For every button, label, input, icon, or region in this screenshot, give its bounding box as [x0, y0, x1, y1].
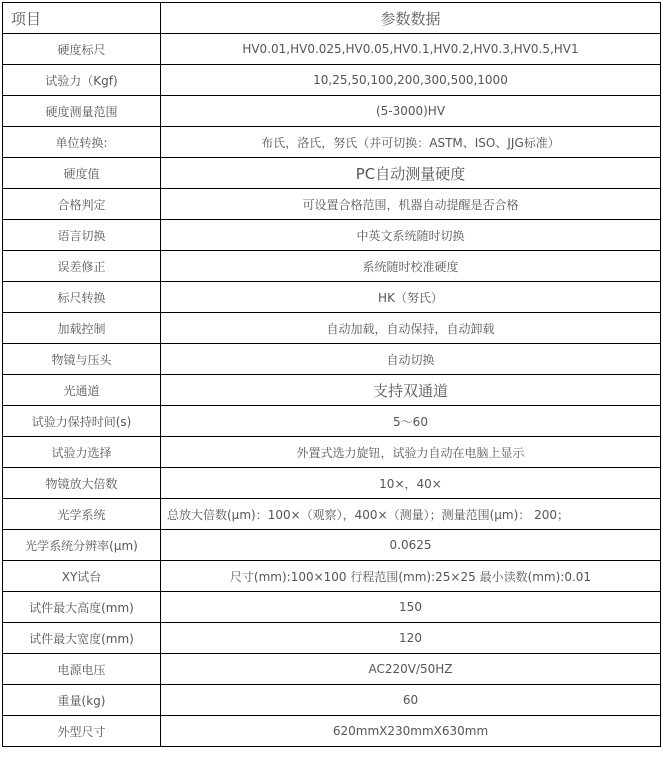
row-label: 误差修正 [3, 251, 161, 282]
table-row: 误差修正系统随时校准硬度 [3, 251, 661, 282]
row-value: PC自动测量硬度 [161, 158, 661, 189]
row-label: 标尺转换 [3, 282, 161, 313]
row-value: 10×，40× [161, 468, 661, 499]
row-label: 试验力（Kgf) [3, 65, 161, 96]
row-label: 物镜放大倍数 [3, 468, 161, 499]
row-value: 150 [161, 592, 661, 623]
row-label: 硬度标尺 [3, 34, 161, 65]
row-label: 试件最大宽度(mm) [3, 623, 161, 654]
row-label: 外型尺寸 [3, 716, 161, 747]
row-value: 620mmX230mmX630mm [161, 716, 661, 747]
row-value: AC220V/50HZ [161, 654, 661, 685]
header-value: 参数数据 [161, 3, 661, 34]
table-row: 光通道支持双通道 [3, 375, 661, 406]
row-value: 总放大倍数(μm)：100×（观察），400×（测量）；测量范围(μm)： 20… [161, 499, 661, 530]
row-value: HV0.01,HV0.025,HV0.05,HV0.1,HV0.2,HV0.3,… [161, 34, 661, 65]
table-row: 试验力（Kgf)10,25,50,100,200,300,500,1000 [3, 65, 661, 96]
spec-table: 项目 参数数据 硬度标尺HV0.01,HV0.025,HV0.05,HV0.1,… [2, 2, 661, 747]
table-row: 加载控制自动加载，自动保持，自动卸载 [3, 313, 661, 344]
row-value: 120 [161, 623, 661, 654]
row-value: 10,25,50,100,200,300,500,1000 [161, 65, 661, 96]
row-label: 试验力选择 [3, 437, 161, 468]
row-value: 自动切换 [161, 344, 661, 375]
row-label: 光学系统分辨率(μm) [3, 530, 161, 561]
row-value: 自动加载，自动保持，自动卸载 [161, 313, 661, 344]
row-label: 试件最大高度(mm) [3, 592, 161, 623]
header-item: 项目 [3, 3, 161, 34]
table-row: 硬度值PC自动测量硬度 [3, 158, 661, 189]
row-value: 布氏，洛氏，努氏（并可切换：ASTM、ISO、JJG标准） [161, 127, 661, 158]
table-row: 重量(kg)60 [3, 685, 661, 716]
row-label: 单位转换: [3, 127, 161, 158]
row-label: 物镜与压头 [3, 344, 161, 375]
row-label: 语言切换 [3, 220, 161, 251]
row-label: 合格判定 [3, 189, 161, 220]
table-row: 单位转换:布氏，洛氏，努氏（并可切换：ASTM、ISO、JJG标准） [3, 127, 661, 158]
row-value: 尺寸(mm):100×100 行程范围(mm):25×25 最小读数(mm):0… [161, 561, 661, 592]
row-value: 5～60 [161, 406, 661, 437]
table-row: 合格判定可设置合格范围，机器自动提醒是否合格 [3, 189, 661, 220]
table-row: 外型尺寸620mmX230mmX630mm [3, 716, 661, 747]
table-row: 物镜放大倍数10×，40× [3, 468, 661, 499]
row-label: 光学系统 [3, 499, 161, 530]
row-value: 可设置合格范围，机器自动提醒是否合格 [161, 189, 661, 220]
row-value: 外置式选力旋钮，试验力自动在电脑上显示 [161, 437, 661, 468]
row-value: 0.0625 [161, 530, 661, 561]
row-label: 重量(kg) [3, 685, 161, 716]
table-row: 语言切换中英文系统随时切换 [3, 220, 661, 251]
row-value: HK（努氏） [161, 282, 661, 313]
table-row: 硬度测量范围(5-3000)HV [3, 96, 661, 127]
table-row: 试验力保持时间(s)5～60 [3, 406, 661, 437]
row-label: XY试台 [3, 561, 161, 592]
row-label: 光通道 [3, 375, 161, 406]
row-label: 硬度值 [3, 158, 161, 189]
row-value: 系统随时校准硬度 [161, 251, 661, 282]
row-value: (5-3000)HV [161, 96, 661, 127]
row-label: 电源电压 [3, 654, 161, 685]
row-value: 中英文系统随时切换 [161, 220, 661, 251]
row-value: 支持双通道 [161, 375, 661, 406]
table-row: 物镜与压头自动切换 [3, 344, 661, 375]
table-row: 硬度标尺HV0.01,HV0.025,HV0.05,HV0.1,HV0.2,HV… [3, 34, 661, 65]
row-value: 60 [161, 685, 661, 716]
table-row: XY试台尺寸(mm):100×100 行程范围(mm):25×25 最小读数(m… [3, 561, 661, 592]
table-row: 电源电压AC220V/50HZ [3, 654, 661, 685]
row-label: 硬度测量范围 [3, 96, 161, 127]
table-row: 标尺转换HK（努氏） [3, 282, 661, 313]
row-label: 试验力保持时间(s) [3, 406, 161, 437]
table-row: 光学系统总放大倍数(μm)：100×（观察），400×（测量）；测量范围(μm)… [3, 499, 661, 530]
row-label: 加载控制 [3, 313, 161, 344]
table-row: 试件最大宽度(mm)120 [3, 623, 661, 654]
table-header-row: 项目 参数数据 [3, 3, 661, 34]
table-row: 试验力选择外置式选力旋钮，试验力自动在电脑上显示 [3, 437, 661, 468]
table-row: 试件最大高度(mm)150 [3, 592, 661, 623]
table-row: 光学系统分辨率(μm)0.0625 [3, 530, 661, 561]
